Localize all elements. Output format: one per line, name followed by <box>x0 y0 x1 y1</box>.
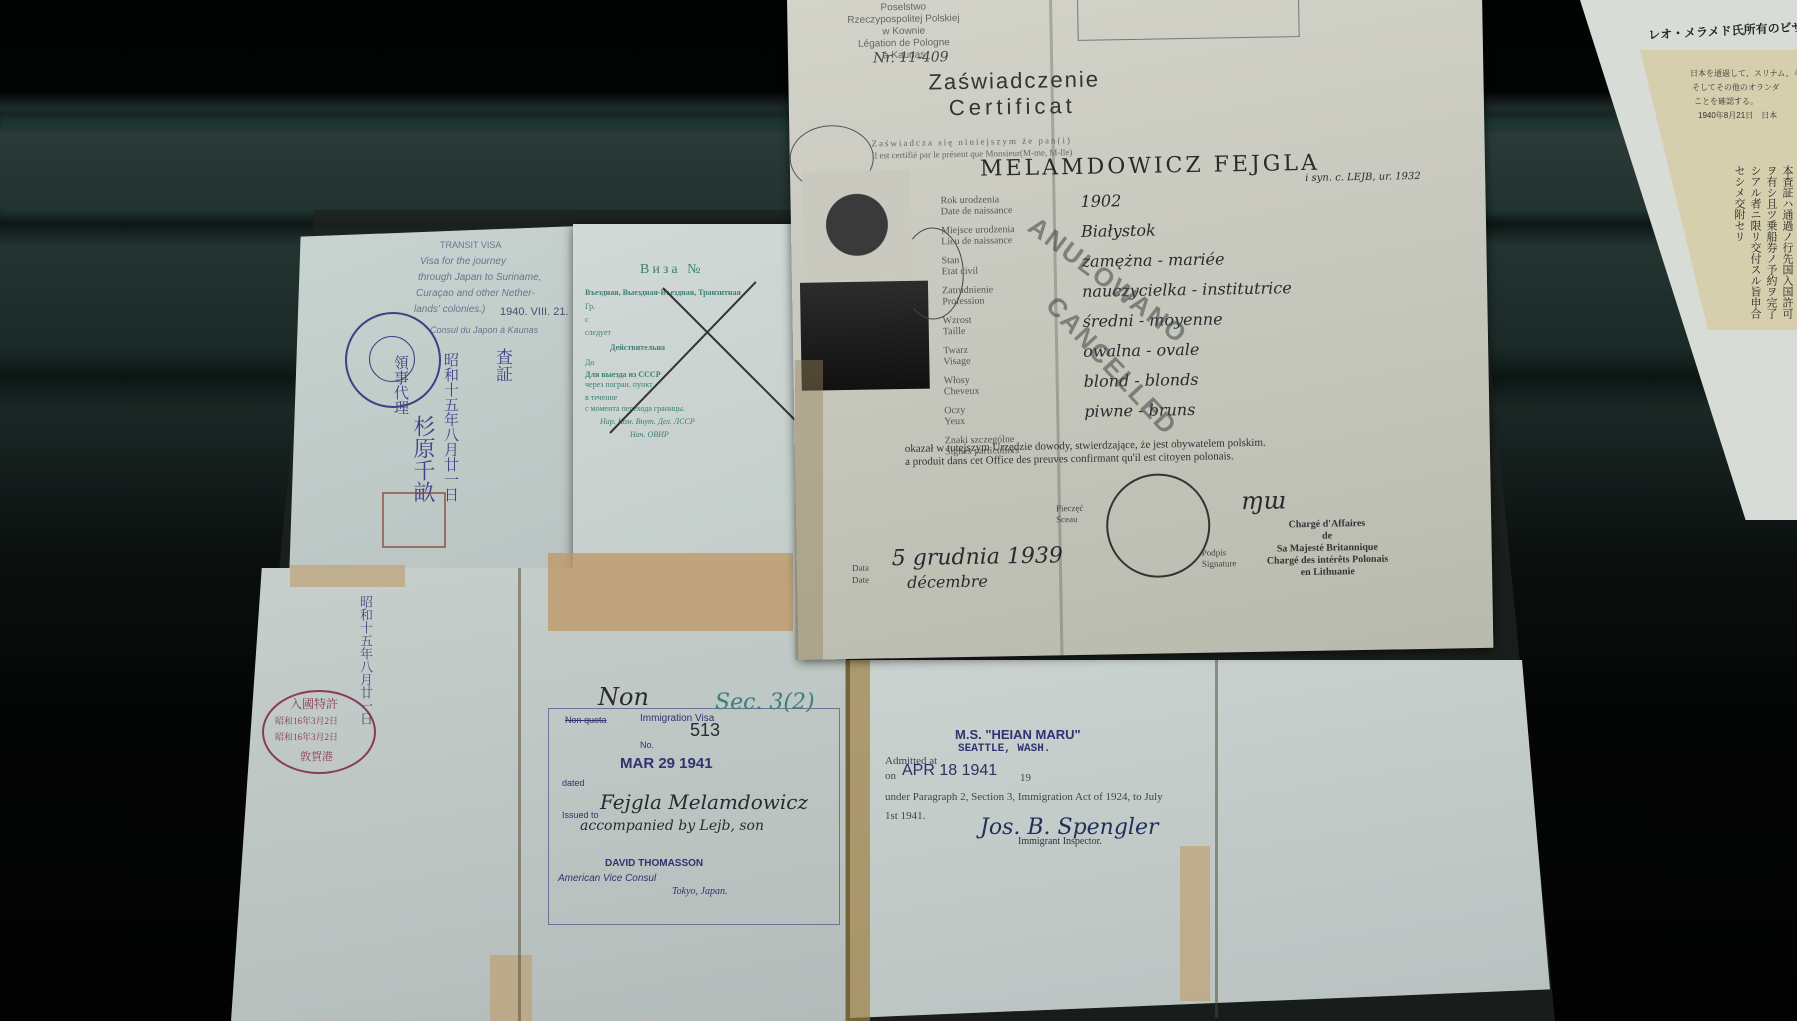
tape-strip <box>548 553 793 631</box>
certificate-title-fr: Certificat <box>949 93 1076 121</box>
jp-visa-date: 1940. VIII. 21. <box>500 306 569 318</box>
soviet-visa-title: Виза № <box>640 262 703 278</box>
tape-strip <box>290 565 405 587</box>
soviet-visa-line: Гр. <box>585 302 595 311</box>
placard-vertical-text: 本査証ハ通過ノ行先国入国許可ヲ有シ且ツ乗船券ノ予約ヲ完了シアル者ニ限リ交付スル旨… <box>1715 165 1795 325</box>
placard-line: ことを確認する。 <box>1694 96 1758 107</box>
date-label: DataDate <box>852 562 869 586</box>
certificate-date-fr: décembre <box>907 572 988 592</box>
visa-location: Tokyo, Japan. <box>672 886 727 897</box>
visa-accompanied: accompanied by Lejb, son <box>580 818 764 834</box>
page-fold <box>518 568 521 1021</box>
soviet-visa-line: в течение <box>585 393 617 402</box>
signatory-title: Chargé d'Affaires de Sa Majesté Britanni… <box>1266 518 1388 580</box>
jp-kanji-note: 査証 <box>490 348 515 382</box>
polish-certificate: Poselstwo Rzeczypospolitej Polskiej w Ko… <box>787 0 1493 660</box>
visa-dated-label: dated <box>562 778 585 788</box>
jp-visa-header: TRANSIT VISA <box>440 240 501 250</box>
jp-visa-line: Curaçao and other Nether- <box>416 288 535 299</box>
visa-number: 513 <box>690 720 720 741</box>
image-margin <box>1797 0 1814 1021</box>
chargé-signature: ɱɯ <box>1241 486 1287 515</box>
soviet-visa-line: через погран. пункт <box>585 380 653 389</box>
tape-strip <box>1180 846 1210 1001</box>
certificate-number: Nr. 11-409 <box>873 49 949 66</box>
soviet-visa-footer: Нач. ОВИР <box>630 430 669 439</box>
jp-handwritten-notes: 昭和十五年八月廿一日 <box>356 595 375 795</box>
page-fold <box>1215 660 1218 1018</box>
signature-label: PodpisSignature <box>1202 547 1237 570</box>
museum-display-photo: レオ・メラメド氏所有のビザ 日本を通過して、スリナム、キュラソー そしてその他の… <box>0 0 1797 1021</box>
soviet-visa-line: Действительна <box>610 343 665 352</box>
visa-number-label: No. <box>640 740 654 750</box>
holder-name: MELAMDOWICZ FEJGLA <box>980 151 1320 182</box>
ship-name: M.S. "HEIAN MARU" <box>955 727 1081 742</box>
placard-line: そしてその他のオランダ <box>1692 82 1780 93</box>
certificate-date: 5 grudnia 1939 <box>892 543 1064 571</box>
british-legation-seal <box>1105 473 1211 579</box>
soviet-visa-line: с <box>585 315 589 324</box>
jp-consul-line: Consul du Japon à Kaunas <box>430 325 538 335</box>
red-seal-square <box>382 492 446 548</box>
visa-date: MAR 29 1941 <box>620 755 713 772</box>
consul-title: American Vice Consul <box>558 873 656 884</box>
admission-date: APR 18 1941 <box>902 762 997 780</box>
tape-strip <box>795 360 823 660</box>
soviet-visa-line: следует <box>585 328 611 337</box>
tape-strip <box>845 660 870 1021</box>
jp-visa-line: through Japan to Suriname, <box>418 272 541 283</box>
placard-line: 日本を通過して、スリナム、キュラソー <box>1690 68 1797 79</box>
consul-name: DAVID THOMASSON <box>605 858 703 869</box>
entry-stamp-footer: 敦賀港 <box>300 748 333 764</box>
sugihara-signature: 杉原千畝 <box>408 415 439 503</box>
intro-pl: Zaświadcza się niniejszym że pan(i) <box>871 135 1072 148</box>
jp-kanji-note: 昭和十五年八月廿一日 <box>440 352 461 502</box>
tape-strip <box>490 955 532 1021</box>
entry-stamp-title: 入國特許 <box>290 695 338 712</box>
handwritten-section: Sec. 3(2) <box>715 690 815 715</box>
non-quota-label: Non quota <box>565 715 607 725</box>
certificate-fields: Rok urodzeniaDate de naissance Miejsce u… <box>940 194 1019 465</box>
entry-stamp-line: 昭和16年3月2日 <box>275 730 338 743</box>
certificate-title-pl: Zaświadczenie <box>928 67 1100 96</box>
jp-kanji-note: 領事代理 <box>390 355 411 415</box>
handwritten-non: Non <box>598 683 649 711</box>
photo-mother <box>802 170 912 280</box>
entry-stamp-line: 昭和16年3月2日 <box>275 714 338 727</box>
jp-visa-line: lands' colonies.) <box>414 304 485 315</box>
jp-visa-line: Visa for the journey <box>420 256 506 267</box>
inspector-title: Immigrant Inspector. <box>1018 836 1102 847</box>
visa-issued-to: Fejgla Melamdowicz <box>600 790 808 814</box>
certificate-notice-box <box>1077 0 1300 41</box>
seal-label: PieczęćSceau <box>1056 503 1084 525</box>
soviet-visa-footer: Нар. Ком. Внут. Дел. ЛССР <box>600 417 695 426</box>
soviet-visa-line: До <box>585 358 594 367</box>
port-name: SEATTLE, WASH. <box>958 743 1050 755</box>
holder-name-note: i syn. c. LEJB, ur. 1932 <box>1305 171 1421 184</box>
year-label: 19 <box>1020 772 1031 784</box>
placard-line: 1940年8月21日 日本 <box>1698 110 1777 121</box>
soviet-visa-line: Для выезда из СССР <box>585 370 661 379</box>
on-label: on <box>885 770 896 782</box>
